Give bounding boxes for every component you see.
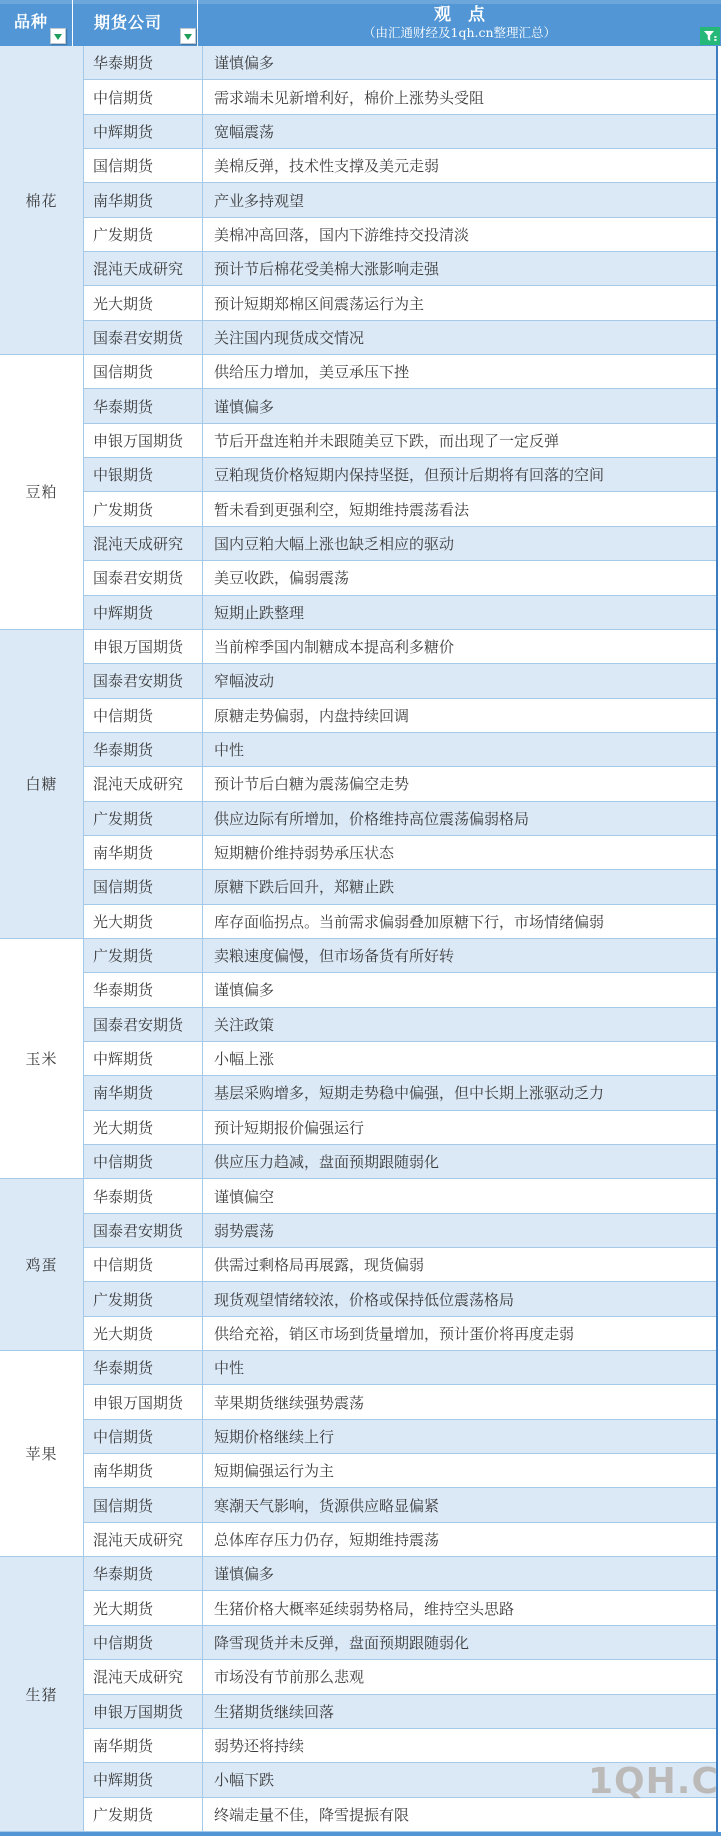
variety-cell: 豆粕 [0,355,84,630]
company-cell: 广发期货 [84,1798,203,1832]
viewpoint-cell: 产业多持观望 [203,183,716,217]
viewpoint-cell: 中性 [203,733,716,767]
company-cell: 中银期货 [84,458,203,492]
chevron-down-icon [54,34,62,40]
viewpoint-cell: 短期止跌整理 [203,596,716,630]
company-cell: 中信期货 [84,1145,203,1179]
company-cell: 国泰君安期货 [84,1008,203,1042]
company-cell: 国信期货 [84,870,203,904]
viewpoint-cell: 供给压力增加，美豆承压下挫 [203,355,716,389]
company-cell: 国泰君安期货 [84,561,203,595]
variety-cell: 棉花 [0,46,84,355]
viewpoint-cell: 弱势震荡 [203,1214,716,1248]
company-cell: 申银万国期货 [84,1695,203,1729]
viewpoint-cell: 供应边际有所增加，价格维持高位震荡偏弱格局 [203,802,716,836]
company-cell: 申银万国期货 [84,1385,203,1419]
viewpoint-cell: 降雪现货并未反弹，盘面预期跟随弱化 [203,1626,716,1660]
company-cell: 广发期货 [84,218,203,252]
company-cell: 广发期货 [84,939,203,973]
company-cell: 华泰期货 [84,46,203,80]
company-cell: 中信期货 [84,699,203,733]
company-cell: 申银万国期货 [84,424,203,458]
company-cell: 混沌天成研究 [84,1660,203,1694]
company-cell: 中辉期货 [84,1042,203,1076]
viewpoint-cell: 暂未看到更强利空，短期维持震荡看法 [203,492,716,526]
company-cell: 中信期货 [84,1420,203,1454]
viewpoint-cell: 豆粕现货价格短期内保持坚挺，但预计后期将有回落的空间 [203,458,716,492]
variety-cell: 鸡蛋 [0,1179,84,1351]
viewpoint-cell: 弱势还将持续 [203,1729,716,1763]
company-cell: 南华期货 [84,1454,203,1488]
company-cell: 国信期货 [84,355,203,389]
viewpoint-cell: 现货观望情绪较浓，价格或保持低位震荡格局 [203,1282,716,1316]
company-cell: 南华期货 [84,836,203,870]
viewpoint-cell: 当前榨季国内制糖成本提高利多糖价 [203,630,716,664]
company-cell: 光大期货 [84,1317,203,1351]
company-cell: 广发期货 [84,1282,203,1316]
company-cell: 中信期货 [84,1248,203,1282]
viewpoint-cell: 窄幅波动 [203,664,716,698]
viewpoint-cell: 预计短期报价偏强运行 [203,1111,716,1145]
viewpoint-cell: 小幅上涨 [203,1042,716,1076]
viewpoint-cell: 总体库存压力仍存，短期维持震荡 [203,1523,716,1557]
viewpoint-cell: 苹果期货继续强势震荡 [203,1385,716,1419]
table-body: 棉花华泰期货谨慎偏多中信期货需求端未见新增利好，棉价上涨势头受阻中辉期货宽幅震荡… [0,46,718,1832]
viewpoint-cell: 原糖走势偏弱，内盘持续回调 [203,699,716,733]
company-cell: 光大期货 [84,286,203,320]
viewpoint-cell: 库存面临拐点。当前需求偏弱叠加原糖下行，市场情绪偏弱 [203,905,716,939]
company-cell: 广发期货 [84,492,203,526]
variety-filter-dropdown-button[interactable] [50,28,66,44]
viewpoint-cell: 预计短期郑棉区间震荡运行为主 [203,286,716,320]
viewpoint-cell: 生猪期货继续回落 [203,1695,716,1729]
viewpoint-cell: 预计节后棉花受美棉大涨影响走强 [203,252,716,286]
company-cell: 国泰君安期货 [84,1214,203,1248]
company-cell: 华泰期货 [84,1351,203,1385]
viewpoint-cell: 短期价格继续上行 [203,1420,716,1454]
table-bottom-border [0,1832,721,1836]
viewpoint-cell: 短期偏强运行为主 [203,1454,716,1488]
company-cell: 南华期货 [84,1076,203,1110]
company-cell: 国信期货 [84,1488,203,1522]
company-cell: 南华期货 [84,1729,203,1763]
viewpoint-cell: 谨慎偏多 [203,389,716,423]
viewpoint-cell: 小幅下跌 [203,1763,716,1797]
viewpoint-cell: 关注国内现货成交情况 [203,321,716,355]
viewpoint-cell: 生猪价格大概率延续弱势格局，维持空头思路 [203,1591,716,1625]
viewpoint-cell: 原糖下跌后回升，郑糖止跌 [203,870,716,904]
viewpoint-cell: 供给充裕，销区市场到货量增加，预计蛋价将再度走弱 [203,1317,716,1351]
company-filter-dropdown-button[interactable] [180,28,196,44]
company-cell: 混沌天成研究 [84,527,203,561]
viewpoint-cell: 基层采购增多，短期走势稳中偏强，但中长期上涨驱动乏力 [203,1076,716,1110]
viewpoint-cell: 谨慎偏多 [203,973,716,1007]
company-cell: 光大期货 [84,1111,203,1145]
viewpoint-header-subtitle: （由汇通财经及1qh.cn整理汇总） [363,26,556,40]
table-header: 品种 期货公司 观 点 （由汇通财经及1qh.cn整理汇总） [0,0,721,46]
viewpoint-cell: 短期糖价维持弱势承压状态 [203,836,716,870]
company-cell: 中信期货 [84,80,203,114]
company-cell: 混沌天成研究 [84,767,203,801]
company-cell: 华泰期货 [84,1179,203,1213]
company-cell: 混沌天成研究 [84,252,203,286]
viewpoint-cell: 宽幅震荡 [203,115,716,149]
futures-opinions-sheet: 品种 期货公司 观 点 （由汇通财经及1qh.cn整理汇总） 棉花华泰期货谨慎偏 [0,0,721,1836]
company-cell: 中辉期货 [84,115,203,149]
company-cell: 华泰期货 [84,1557,203,1591]
viewpoint-cell: 供应压力趋减，盘面预期跟随弱化 [203,1145,716,1179]
viewpoint-cell: 终端走量不佳，降雪提振有限 [203,1798,716,1832]
funnel-filter-icon [703,30,717,43]
viewpoint-header-title: 观 点 [434,6,485,26]
viewpoint-cell: 美棉冲高回落，国内下游维持交投清淡 [203,218,716,252]
company-cell: 光大期货 [84,905,203,939]
company-cell: 国泰君安期货 [84,664,203,698]
header-col-company: 期货公司 [73,0,198,46]
company-header-label: 期货公司 [94,10,162,33]
company-cell: 华泰期货 [84,733,203,767]
company-cell: 华泰期货 [84,389,203,423]
viewpoint-cell: 寒潮天气影响，货源供应略显偏紧 [203,1488,716,1522]
viewpoint-cell: 美豆收跌，偏弱震荡 [203,561,716,595]
variety-cell: 生猪 [0,1557,84,1832]
company-cell: 广发期货 [84,802,203,836]
viewpoint-cell: 预计节后白糖为震荡偏空走势 [203,767,716,801]
viewpoint-cell: 卖粮速度偏慢，但市场备货有所好转 [203,939,716,973]
company-cell: 光大期货 [84,1591,203,1625]
variety-header-label: 品种 [14,9,48,32]
viewpoint-cell: 谨慎偏多 [203,1557,716,1591]
variety-cell: 白糖 [0,630,84,939]
viewpoint-cell: 中性 [203,1351,716,1385]
viewpoint-cell: 需求端未见新增利好，棉价上涨势头受阻 [203,80,716,114]
variety-cell: 玉米 [0,939,84,1179]
company-cell: 中辉期货 [84,1763,203,1797]
viewpoint-cell: 供需过剩格局再展露，现货偏弱 [203,1248,716,1282]
header-col-variety: 品种 [0,0,73,46]
viewpoint-cell: 国内豆粕大幅上涨也缺乏相应的驱动 [203,527,716,561]
chevron-down-icon [184,34,192,40]
company-cell: 南华期货 [84,183,203,217]
viewpoint-cell: 美棉反弹，技术性支撑及美元走弱 [203,149,716,183]
viewpoint-cell: 谨慎偏多 [203,46,716,80]
company-cell: 国信期货 [84,149,203,183]
viewpoint-cell: 关注政策 [203,1008,716,1042]
filter-button[interactable] [700,27,720,45]
header-col-viewpoint: 观 点 （由汇通财经及1qh.cn整理汇总） [198,0,721,46]
variety-cell: 苹果 [0,1351,84,1557]
viewpoint-cell: 市场没有节前那么悲观 [203,1660,716,1694]
company-cell: 混沌天成研究 [84,1523,203,1557]
company-cell: 中信期货 [84,1626,203,1660]
company-cell: 华泰期货 [84,973,203,1007]
company-cell: 申银万国期货 [84,630,203,664]
company-cell: 国泰君安期货 [84,321,203,355]
viewpoint-cell: 谨慎偏空 [203,1179,716,1213]
company-cell: 中辉期货 [84,596,203,630]
viewpoint-cell: 节后开盘连粕并未跟随美豆下跌，而出现了一定反弹 [203,424,716,458]
